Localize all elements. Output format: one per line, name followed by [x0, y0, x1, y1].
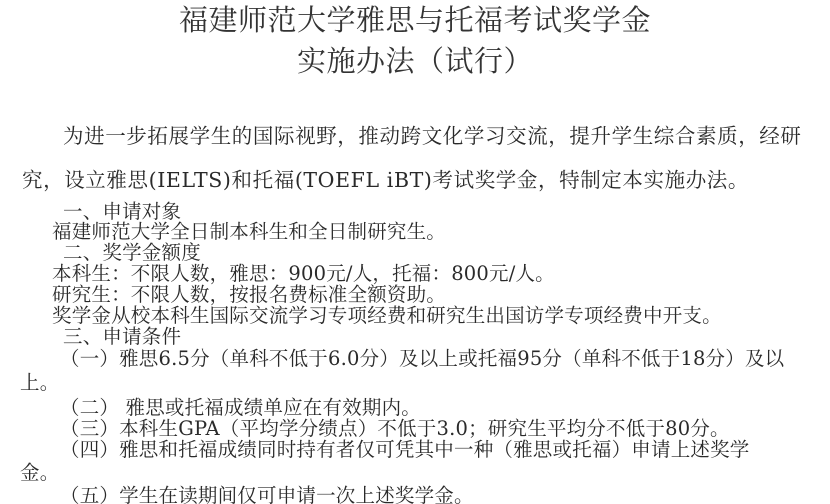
- amount-funding-source: 奖学金从校本科生国际交流学习专项经费和研究生出国访学专项经费中开支。: [52, 306, 722, 326]
- condition-4-line-1: （四）雅思和托福成绩同时持有者仅可凭其中一种（雅思或托福）申请上述奖学: [60, 440, 750, 460]
- document-title-line-1: 福建师范大学雅思与托福考试奖学金: [0, 6, 830, 35]
- amount-undergraduate: 本科生：不限人数，雅思：900元/人，托福：800元/人。: [52, 264, 555, 284]
- intro-paragraph-line-1: 为进一步拓展学生的国际视野，推动跨文化学习交流，提升学生综合素质，经研: [63, 126, 802, 147]
- condition-4-line-2: 金。: [20, 463, 59, 483]
- section-heading-amount: 二、奖学金额度: [63, 243, 201, 263]
- condition-1-line-1: （一）雅思6.5分（单科不低于6.0分）及以上或托福95分（单科不低于18分）及…: [60, 349, 784, 369]
- condition-5: （五）学生在读期间仅可申请一次上述奖学金。: [60, 486, 474, 504]
- document-title-line-2: 实施办法（试行）: [0, 47, 830, 76]
- condition-1-line-2: 上。: [20, 373, 59, 393]
- section-heading-eligibility: 一、申请对象: [63, 202, 181, 222]
- intro-paragraph-line-2: 究，设立雅思(IELTS)和托福(TOEFL iBT)考试奖学金，特制定本实施办…: [22, 170, 749, 191]
- section-heading-conditions: 三、申请条件: [63, 327, 181, 347]
- eligibility-text: 福建师范大学全日制本科生和全日制研究生。: [52, 222, 446, 242]
- amount-graduate: 研究生：不限人数，按报名费标准全额资助。: [52, 285, 446, 305]
- condition-2: （二） 雅思或托福成绩单应在有效期内。: [60, 398, 421, 418]
- condition-3: （三）本科生GPA（平均学分绩点）不低于3.0；研究生平均分不低于80分。: [60, 419, 730, 439]
